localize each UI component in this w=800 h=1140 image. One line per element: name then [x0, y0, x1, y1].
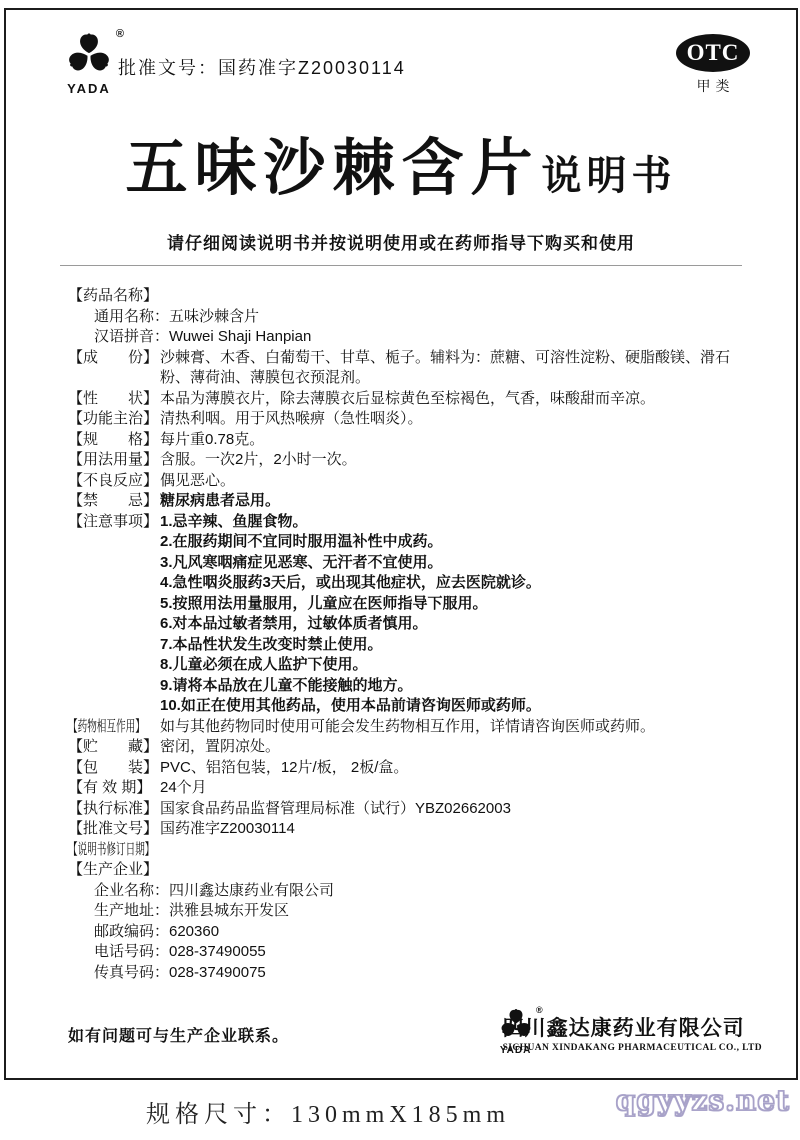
- section-label: 【规 格】: [68, 430, 160, 451]
- section-value: 糖尿病患者忌用。: [160, 491, 746, 512]
- section-value: [160, 860, 746, 881]
- precaution-item: 5.按照用法用量服用，儿童应在医师指导下服用。: [160, 594, 746, 615]
- precaution-item: 6.对本品过敏者禁用，过敏体质者慎用。: [160, 614, 746, 635]
- otc-ellipse: OTC: [676, 34, 750, 72]
- section-label: 【注意事项】: [68, 512, 160, 717]
- spec-size-note: 规格尺寸：130mmX185mm: [146, 1094, 510, 1129]
- yada-logo-text: YADA: [485, 1045, 547, 1056]
- precaution-item: 2.在服药期间不宜同时服用温补性中成药。: [160, 532, 746, 553]
- section-row: 【禁 忌】 糖尿病患者忌用。: [68, 491, 746, 512]
- section-row: 【不良反应】 偶见恶心。: [68, 471, 746, 492]
- section-subline: 电话号码：028-37490055: [68, 942, 746, 963]
- section-label: 【批准文号】: [68, 819, 160, 840]
- section-row: 【批准文号】 国药准字Z20030114: [68, 819, 746, 840]
- section-label: 【有 效 期】: [68, 778, 160, 799]
- section-row: 【用法用量】 含服。一次2片，2小时一次。: [68, 450, 746, 471]
- page-title: 五味沙棘含片说明书: [6, 118, 796, 207]
- section-subline: 企业名称：四川鑫达康药业有限公司: [68, 881, 746, 902]
- section-row: 【药品名称】: [68, 286, 746, 307]
- section-label: 【药品名称】: [68, 286, 160, 307]
- otc-badge: OTC 甲类: [676, 34, 750, 96]
- section-row: 【执行标准】 国家食品药品监督管理局标准（试行）YBZ02662003: [68, 799, 746, 820]
- sections: 【药品名称】 通用名称：五味沙棘含片汉语拼音：Wuwei Shaji Hanpi…: [6, 266, 796, 983]
- section-subline: 生产地址：洪雅县城东开发区: [68, 901, 746, 922]
- section-label: 【说明书修订日期】: [68, 840, 160, 861]
- section-value: 含服。一次2片，2小时一次。: [160, 450, 746, 471]
- section-row: 【说明书修订日期】: [68, 840, 746, 861]
- section-label: 【用法用量】: [68, 450, 160, 471]
- sheet-footer: 如有问题可与生产企业联系。 ® YADA 四川鑫达康药业有限公司 SICHUAN…: [68, 1008, 762, 1056]
- section-row: 【包 装】 PVC、铝箔包装，12片/板， 2板/盒。: [68, 758, 746, 779]
- section-label: 【贮 藏】: [68, 737, 160, 758]
- section-value: 每片重0.78克。: [160, 430, 746, 451]
- section-row: 【有 效 期】 24个月: [68, 778, 746, 799]
- section-row: 【成 份】 沙棘膏、木香、白葡萄干、甘草、栀子。辅料为：蔗糖、可溶性淀粉、硬脂酸…: [68, 348, 746, 389]
- section-value: [160, 286, 746, 307]
- section-label: 【生产企业】: [68, 860, 160, 881]
- company-signature: ® YADA 四川鑫达康药业有限公司 SICHUAN XINDAKANG PHA…: [433, 1008, 762, 1056]
- section-label: 【不良反应】: [68, 471, 160, 492]
- section-value: 沙棘膏、木香、白葡萄干、甘草、栀子。辅料为：蔗糖、可溶性淀粉、硬脂酸镁、滑石粉、…: [160, 348, 746, 389]
- section-subline: 邮政编码：620360: [68, 922, 746, 943]
- section-label: 【性 状】: [68, 389, 160, 410]
- approval-number-header: 批准文号：国药准字Z20030114: [118, 54, 406, 80]
- section-label: 【药物相互作用】: [68, 717, 160, 738]
- yada-logo: ® YADA: [58, 32, 120, 96]
- section-value: 国药准字Z20030114: [160, 819, 746, 840]
- section-value: 偶见恶心。: [160, 471, 746, 492]
- section-row: 【规 格】 每片重0.78克。: [68, 430, 746, 451]
- trefoil-logo-icon: [66, 32, 112, 76]
- leaflet-sheet: ® YADA 批准文号：国药准字Z20030114 OTC 甲类 五味沙棘含片说…: [4, 8, 798, 1080]
- section-row: 【注意事项】 1.忌辛辣、鱼腥食物。2.在服药期间不宜同时服用温补性中成药。3.…: [68, 512, 746, 717]
- section-row: 【性 状】 本品为薄膜衣片，除去薄膜衣后显棕黄色至棕褐色，气香，味酸甜而辛凉。: [68, 389, 746, 410]
- leaflet-screenshot: { "header": { "approval": "批准文号：国药准字Z200…: [0, 0, 800, 1140]
- section-label: 【执行标准】: [68, 799, 160, 820]
- section-row: 【功能主治】 清热利咽。用于风热喉痹（急性咽炎）。: [68, 409, 746, 430]
- section-row: 【贮 藏】 密闭，置阴凉处。: [68, 737, 746, 758]
- section-value: 国家食品药品监督管理局标准（试行）YBZ02662003: [160, 799, 746, 820]
- yada-logo-small: ® YADA: [485, 1008, 547, 1056]
- contact-note: 如有问题可与生产企业联系。: [68, 1023, 289, 1056]
- registered-trademark-symbol: ®: [116, 28, 124, 40]
- section-label: 【功能主治】: [68, 409, 160, 430]
- precaution-item: 10.如正在使用其他药品，使用本品前请咨询医师或药师。: [160, 696, 746, 717]
- section-subline: 通用名称：五味沙棘含片: [68, 307, 746, 328]
- precaution-item: 7.本品性状发生改变时禁止使用。: [160, 635, 746, 656]
- section-value: 密闭，置阴凉处。: [160, 737, 746, 758]
- section-value: [160, 840, 746, 861]
- site-watermark: qgyyzs.net: [616, 1084, 790, 1117]
- section-row: 【药物相互作用】 如与其他药物同时使用可能会发生药物相互作用，详情请咨询医师或药…: [68, 717, 746, 738]
- precaution-item: 8.儿童必须在成人监护下使用。: [160, 655, 746, 676]
- registered-trademark-symbol: ®: [536, 1005, 543, 1015]
- yada-logo-text: YADA: [58, 81, 120, 96]
- precaution-item: 9.请将本品放在儿童不能接触的地方。: [160, 676, 746, 697]
- section-value: 清热利咽。用于风热喉痹（急性咽炎）。: [160, 409, 746, 430]
- trefoil-logo-icon: [499, 1008, 533, 1040]
- precaution-item: 4.急性咽炎服药3天后，或出现其他症状，应去医院就诊。: [160, 573, 746, 594]
- section-label: 【成 份】: [68, 348, 160, 389]
- section-subline: 传真号码：028-37490075: [68, 963, 746, 984]
- drug-name-title: 五味沙棘含片: [125, 118, 539, 207]
- section-value: 1.忌辛辣、鱼腥食物。2.在服药期间不宜同时服用温补性中成药。3.凡风寒咽痛症见…: [160, 512, 746, 717]
- section-value: PVC、铝箔包装，12片/板， 2板/盒。: [160, 758, 746, 779]
- section-label: 【禁 忌】: [68, 491, 160, 512]
- precaution-item: 1.忌辛辣、鱼腥食物。: [160, 512, 746, 533]
- precaution-item: 3.凡风寒咽痛症见恶寒、无汗者不宜使用。: [160, 553, 746, 574]
- otc-category-label: 甲类: [676, 76, 750, 96]
- section-label: 【包 装】: [68, 758, 160, 779]
- section-value: 24个月: [160, 778, 746, 799]
- read-instructions-notice: 请仔细阅读说明书并按说明使用或在药师指导下购买和使用: [6, 229, 796, 254]
- title-suffix: 说明书: [542, 144, 677, 201]
- section-subline: 汉语拼音：Wuwei Shaji Hanpian: [68, 327, 746, 348]
- section-value: 如与其他药物同时使用可能会发生药物相互作用，详情请咨询医师或药师。: [160, 717, 746, 738]
- header: ® YADA 批准文号：国药准字Z20030114 OTC 甲类: [6, 32, 796, 106]
- section-row: 【生产企业】: [68, 860, 746, 881]
- section-value: 本品为薄膜衣片，除去薄膜衣后显棕黄色至棕褐色，气香，味酸甜而辛凉。: [160, 389, 746, 410]
